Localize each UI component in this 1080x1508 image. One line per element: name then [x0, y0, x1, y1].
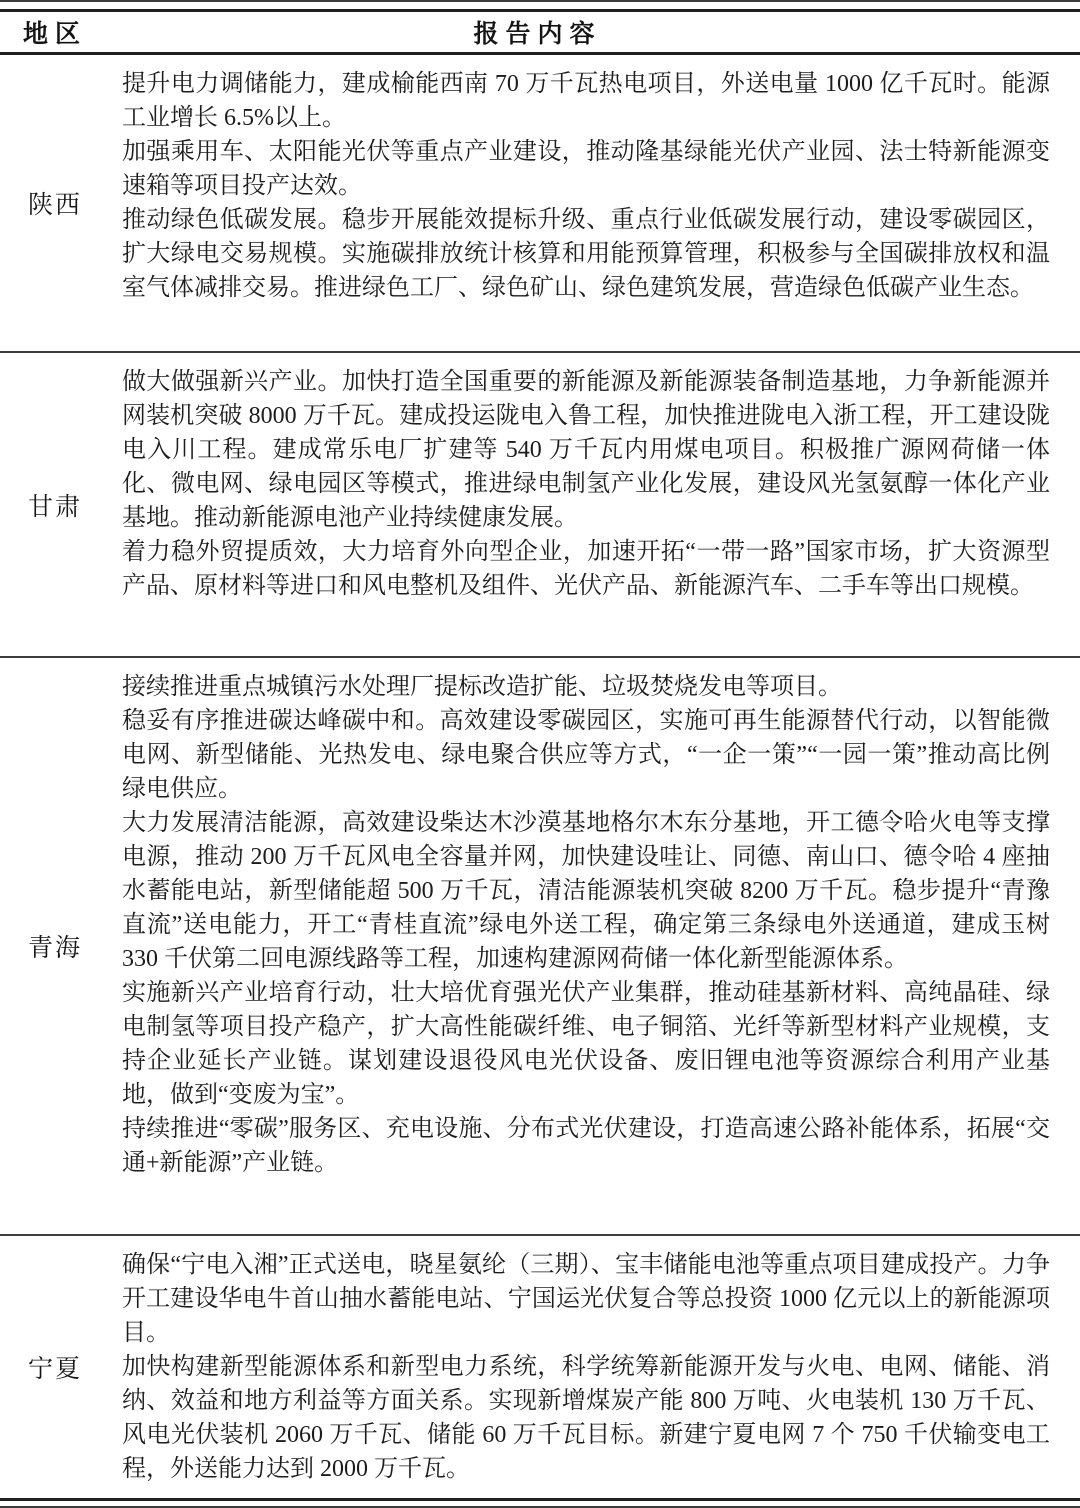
paragraph: 加强乘用车、太阳能光伏等重点产业建设，推动隆基绿能光伏产业园、法士特新能源变速箱… [122, 135, 1050, 203]
regional-report-table: 地区 报告内容 陕西 提升电力调储能力，建成榆能西南 70 万千瓦热电项目，外送… [0, 0, 1080, 1508]
paragraph: 提升电力调储能力，建成榆能西南 70 万千瓦热电项目，外送电量 1000 亿千瓦… [122, 67, 1050, 135]
paragraph: 加快构建新型能源体系和新型电力系统，科学统筹新能源开发与火电、电网、储能、消纳、… [122, 1350, 1050, 1486]
region-label-shaanxi: 陕西 [0, 55, 110, 351]
paragraph: 推动绿色低碳发展。稳步开展能效提标升级、重点行业低碳发展行动，建设零碳园区，扩大… [122, 203, 1050, 305]
table-top-gap [0, 2, 1080, 9]
table-row-gansu: 甘肃 做大做强新兴产业。加快打造全国重要的新能源及新能源装备制造基地，力争新能源… [0, 353, 1080, 656]
paragraph: 大力发展清洁能源，高效建设柴达木沙漠基地格尔木东分基地，开工德令哈火电等支撑电源… [122, 806, 1050, 976]
report-content-shaanxi: 提升电力调储能力，建成榆能西南 70 万千瓦热电项目，外送电量 1000 亿千瓦… [110, 55, 1080, 351]
table-row-qinghai: 青海 接续推进重点城镇污水处理厂提标改造扩能、垃圾焚烧发电等项目。 稳妥有序推进… [0, 658, 1080, 1234]
paragraph: 稳妥有序推进碳达峰碳中和。高效建设零碳园区，实施可再生能源替代行动，以智能微电网… [122, 704, 1050, 806]
table-row-shaanxi: 陕西 提升电力调储能力，建成榆能西南 70 万千瓦热电项目，外送电量 1000 … [0, 55, 1080, 351]
paragraph: 接续推进重点城镇污水处理厂提标改造扩能、垃圾焚烧发电等项目。 [122, 670, 1050, 704]
report-content-ningxia: 确保“宁电入湘”正式送电，晓星氨纶（三期）、宝丰储能电池等重点项目建成投产。力争… [110, 1236, 1080, 1498]
region-label-qinghai: 青海 [0, 658, 110, 1234]
paragraph: 确保“宁电入湘”正式送电，晓星氨纶（三期）、宝丰储能电池等重点项目建成投产。力争… [122, 1248, 1050, 1350]
region-label-ningxia: 宁夏 [0, 1236, 110, 1498]
report-content-qinghai: 接续推进重点城镇污水处理厂提标改造扩能、垃圾焚烧发电等项目。 稳妥有序推进碳达峰… [110, 658, 1080, 1234]
report-content-gansu: 做大做强新兴产业。加快打造全国重要的新能源及新能源装备制造基地，力争新能源并网装… [110, 353, 1080, 656]
paragraph: 做大做强新兴产业。加快打造全国重要的新能源及新能源装备制造基地，力争新能源并网装… [122, 365, 1050, 535]
table-header-row: 地区 报告内容 [0, 12, 1080, 52]
table-row-ningxia: 宁夏 确保“宁电入湘”正式送电，晓星氨纶（三期）、宝丰储能电池等重点项目建成投产… [0, 1236, 1080, 1498]
paragraph: 实施新兴产业培育行动，壮大培优育强光伏产业集群，推动硅基新材料、高纯晶硅、绿电制… [122, 976, 1050, 1112]
paragraph: 着力稳外贸提质效，大力培育外向型企业，加速开拓“一带一路”国家市场，扩大资源型产… [122, 535, 1050, 603]
region-label-gansu: 甘肃 [0, 353, 110, 656]
paragraph: 持续推进“零碳”服务区、充电设施、分布式光伏建设，打造高速公路补能体系，拓展“交… [122, 1112, 1050, 1180]
header-content-column: 报告内容 [110, 14, 1080, 50]
header-region-column: 地区 [0, 14, 110, 50]
